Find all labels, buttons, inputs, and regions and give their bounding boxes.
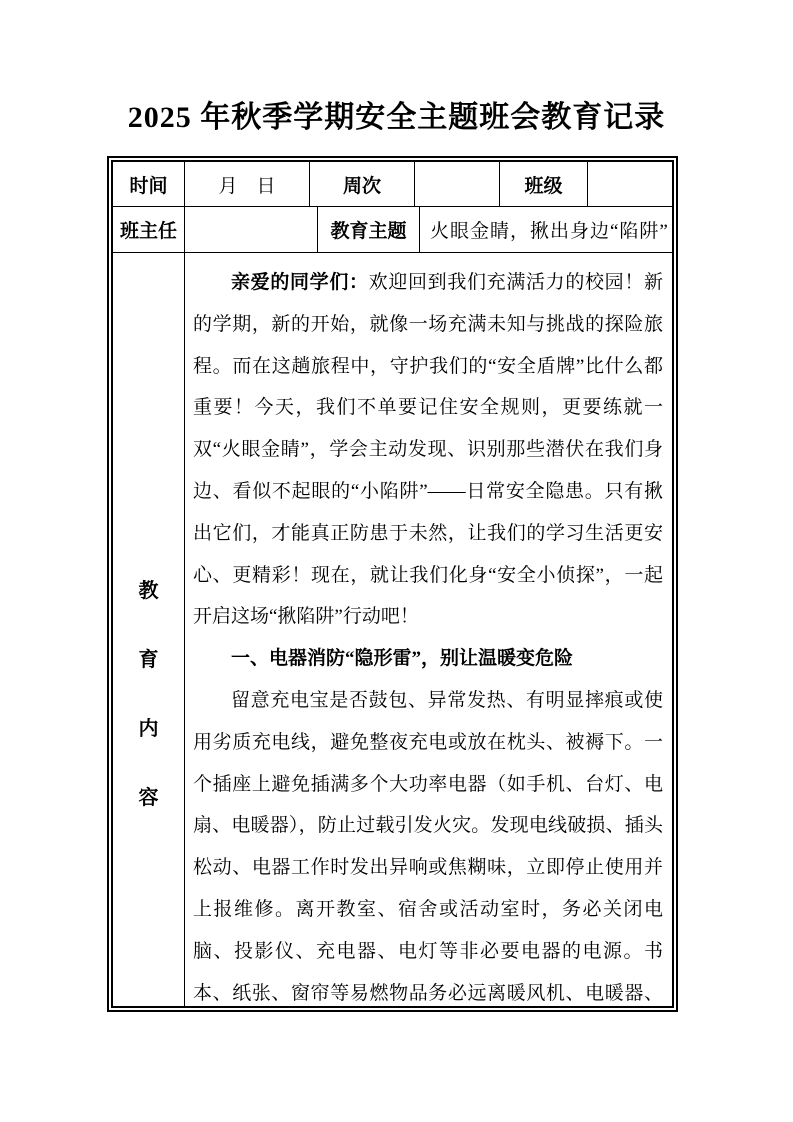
- content-label-char: 教: [139, 581, 159, 601]
- week-label-cell: 周次: [310, 162, 415, 207]
- intro-paragraph: 亲爱的同学们：欢迎回到我们充满活力的校园！新的学期，新的开始，就像一场充满未知与…: [193, 262, 663, 638]
- time-label-cell: 时间: [113, 162, 185, 207]
- section1-paragraph: 留意充电宝是否鼓包、异常发热、有明显摔痕或使用劣质充电线，避免整夜充电或放在枕头…: [193, 680, 663, 1006]
- class-label-cell: 班级: [500, 162, 588, 207]
- teacher-label-cell: 班主任: [113, 207, 185, 253]
- content-body-cell: 亲爱的同学们：欢迎回到我们充满活力的校园！新的学期，新的开始，就像一场充满未知与…: [185, 253, 672, 1006]
- theme-label-cell: 教育主题: [318, 207, 420, 253]
- content-label-cell: 教 育 内 容: [113, 253, 185, 1006]
- table-row-time: 时间 月 日 周次 班级: [113, 162, 672, 207]
- table-row-teacher-theme: 班主任 教育主题 火眼金睛，揪出身边“陷阱”: [113, 207, 672, 253]
- table-row-content: 教 育 内 容 亲爱的同学们：欢迎回到我们充满活力的校园！新的学期，新的开始，就…: [113, 253, 672, 1006]
- record-form-table: 时间 月 日 周次 班级 班主任 教育主题 火眼金睛，揪出身边“陷阱” 教 育 …: [107, 156, 678, 1012]
- content-label-char: 容: [139, 788, 159, 808]
- theme-value-cell: 火眼金睛，揪出身边“陷阱”: [420, 207, 672, 253]
- teacher-value-cell[interactable]: [185, 207, 318, 253]
- week-value-cell[interactable]: [415, 162, 500, 207]
- time-value-cell[interactable]: 月 日: [185, 162, 310, 207]
- intro-lead-text: 亲爱的同学们：: [231, 272, 369, 293]
- class-value-cell[interactable]: [588, 162, 672, 207]
- content-label-char: 育: [139, 650, 159, 670]
- document-title: 2025 年秋季学期安全主题班会教育记录: [0, 92, 793, 136]
- intro-body-text: 欢迎回到我们充满活力的校园！新的学期，新的开始，就像一场充满未知与挑战的探险旅程…: [193, 272, 663, 627]
- content-label-char: 内: [139, 719, 159, 739]
- document-page: 2025 年秋季学期安全主题班会教育记录 时间 月 日 周次 班级 班主任 教育…: [0, 0, 793, 1122]
- section1-heading: 一、电器消防“隐形雷”，别让温暖变危险: [193, 638, 663, 680]
